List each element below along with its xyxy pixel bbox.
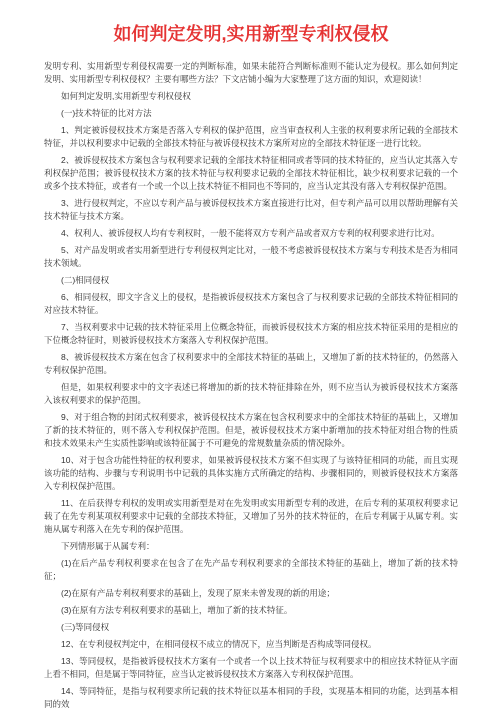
paragraph: 3、进行侵权判定，不应以专利产品与被诉侵权技术方案直接进行比对，但专利产品可以用… [44,197,458,223]
paragraph: 13、等同侵权，是指被诉侵权技术方案有一个或者一个以上技术特征与权利要求中的相应… [44,655,458,681]
paragraph: 下列情形属于从属专利： [44,540,458,553]
paragraph: 如何判定发明,实用新型专利权侵权 [44,90,458,103]
paragraph: 11、在后获得专利权的发明或实用新型是对在先发明或实用新型专利的改进，在后专利的… [44,497,458,536]
article-body: 发明专利、实用新型专利侵权需要一定的判断标准，如果未能符合判断标准则不能认定为侵… [44,60,458,711]
paragraph: 9、对于组合物的封闭式权利要求，被诉侵权技术方案在包含权利要求中的全部技术特征的… [44,411,458,450]
paragraph: 1、判定被诉侵权技术方案是否落入专利权的保护范围，应当审查权利人主张的权利要求所… [44,124,458,150]
paragraph: 10、对于包含功能性特征的权利要求，如果被诉侵权技术方案不但实现了与该特征相同的… [44,454,458,493]
paragraph: 发明专利、实用新型专利侵权需要一定的判断标准，如果未能符合判断标准则不能认定为侵… [44,60,458,86]
article-page: 如何判定发明,实用新型专利权侵权 发明专利、实用新型专利侵权需要一定的判断标准，… [0,0,504,713]
paragraph: 2、被诉侵权技术方案包含与权利要求记载的全部技术特征相同或者等同的技术特征的，应… [44,154,458,193]
paragraph: (3)在原有方法专利权利要求的基础上，增加了新的技术特征。 [44,604,458,617]
paragraph: (二)相同侵权 [44,274,458,287]
paragraph: 4、权利人、被诉侵权人均有专利权时，一般不能将双方专利产品或者双方专利的权利要求… [44,227,458,240]
paragraph: 14、等同特征，是指与权利要求所记载的技术特征以基本相同的手段，实现基本相同的功… [44,685,458,711]
paragraph: 12、在专利侵权判定中，在相同侵权不成立的情况下，应当判断是否构成等同侵权。 [44,638,458,651]
paragraph: (2)在原有产品专利权利要求的基础上，发现了原来未曾发现的新的用途； [44,587,458,600]
paragraph: 6、相同侵权，即文字含义上的侵权，是指被诉侵权技术方案包含了与权利要求记载的全部… [44,291,458,317]
paragraph: (三)等同侵权 [44,621,458,634]
paragraph: 8、被诉侵权技术方案在包含了权利要求中的全部技术特征的基础上，又增加了新的技术特… [44,351,458,377]
paragraph: 7、当权利要求中记载的技术特征采用上位概念特征，而被诉侵权技术方案的相应技术特征… [44,321,458,347]
paragraph: 5、对产品发明或者实用新型进行专利侵权判定比对，一般不考虑被诉侵权技术方案与专利… [44,244,458,270]
paragraph: 但是，如果权利要求中的文字表述已将增加的新的技术特征排除在外，则不应当认为被诉侵… [44,381,458,407]
paragraph: (1)在后产品专利权利要求在包含了在先产品专利权利要求的全部技术特征的基础上，增… [44,557,458,583]
paragraph: (一)技术特征的比对方法 [44,107,458,120]
page-title: 如何判定发明,实用新型专利权侵权 [44,22,458,46]
